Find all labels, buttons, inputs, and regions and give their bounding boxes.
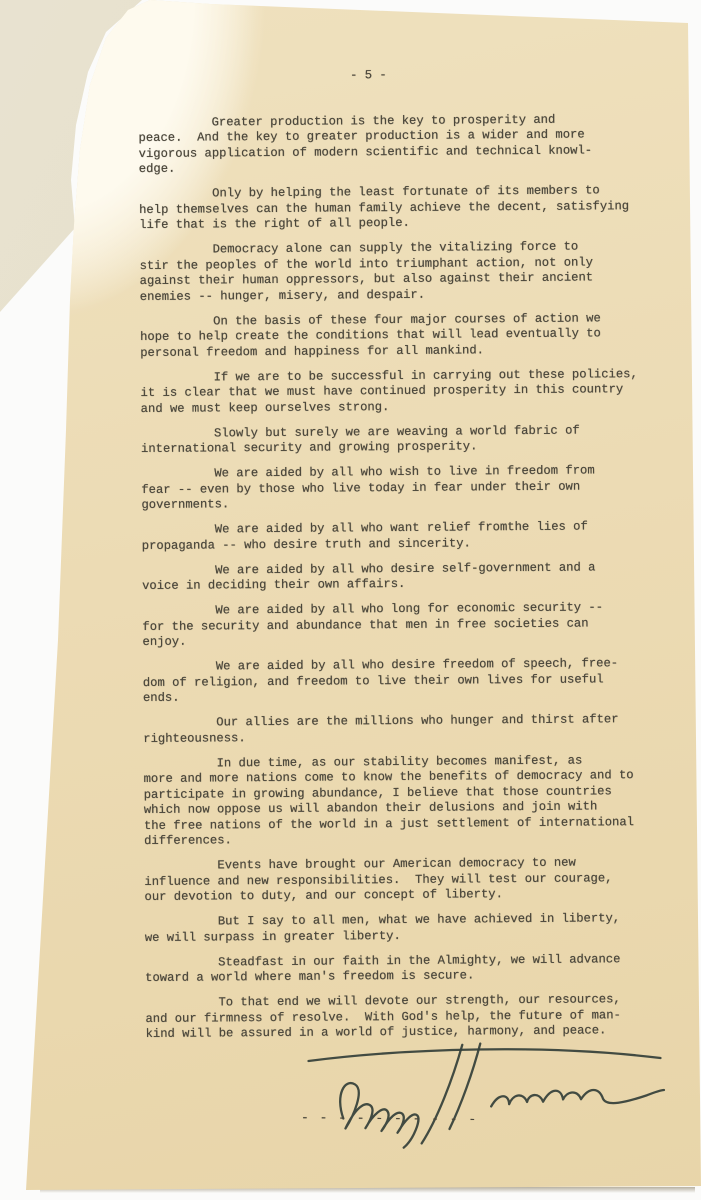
paragraph: Our allies are the millions who hunger a… xyxy=(143,712,648,747)
document-page: - 5 - Greater production is the key to p… xyxy=(0,0,701,1200)
paragraph: If we are to be successful in carrying o… xyxy=(140,367,645,417)
page-number: - 5 - xyxy=(138,66,643,85)
signature-stem-stroke xyxy=(420,1045,463,1144)
paragraph: Steadfast in our faith in the Almighty, … xyxy=(145,952,650,987)
paragraph: We are aided by all who desire freedom o… xyxy=(143,656,648,706)
document-body: Greater production is the key to prosper… xyxy=(138,112,650,1043)
signature-harry-truman xyxy=(294,1037,675,1152)
paragraph: In due time, as our stability becomes ma… xyxy=(143,753,649,850)
scanned-document: ll it can to t any - 5 - Greater product… xyxy=(0,0,701,1200)
signature-truman-stroke xyxy=(491,1089,664,1106)
previous-page-text-fragment: ll it can to xyxy=(0,0,77,223)
signature-underline-dashes: - - - - - - - - - - xyxy=(301,1110,478,1127)
paragraph: We are aided by all who long for economi… xyxy=(142,600,647,650)
typed-text-block: - 5 - Greater production is the key to p… xyxy=(138,66,651,1052)
paragraph: Events have brought our American democra… xyxy=(144,855,649,905)
paragraph: On the basis of these four major courses… xyxy=(140,311,645,361)
paragraph: We are aided by all who desire self-gove… xyxy=(142,560,647,595)
signature-crossbar-stroke xyxy=(308,1047,660,1063)
paragraph: Greater production is the key to prosper… xyxy=(138,112,643,178)
paragraph: Slowly but surely we are weaving a world… xyxy=(141,423,646,458)
paragraph: To that end we will devote our strength,… xyxy=(145,992,650,1042)
previous-page-text-fragment: t any xyxy=(0,96,11,263)
paragraph: But I say to all men, what we have achie… xyxy=(145,911,650,946)
paragraph: Democracy alone can supply the vitalizin… xyxy=(139,239,644,305)
paragraph: We are aided by all who wish to live in … xyxy=(141,463,646,513)
paragraph: Only by helping the least fortunate of i… xyxy=(139,183,644,233)
paragraph: We are aided by all who want relief from… xyxy=(142,519,647,554)
